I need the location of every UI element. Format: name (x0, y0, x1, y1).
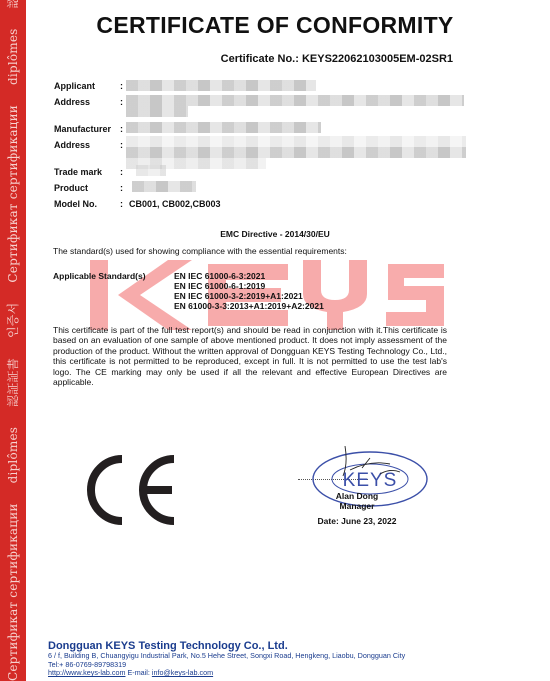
website-link[interactable]: http://www.keys-lab.com (48, 668, 126, 677)
field-label: Address (54, 97, 90, 107)
field-colon: : (120, 81, 123, 91)
standard-item: EN 61000-3-3:2013+A1:2019+A2:2021 (174, 301, 324, 311)
redacted-manufacturer-address (126, 136, 466, 147)
sidebar-multilingual-text: Сертификат сертификации diplômes 認証証書 인증… (4, 0, 22, 681)
email-label: E-mail: (128, 668, 150, 677)
signer-name: Alan Dong (292, 491, 422, 501)
redacted-applicant-address-line2 (126, 106, 188, 117)
standard-item: EN IEC 61000-3-2:2019+A1:2021 (174, 291, 324, 301)
field-label: Model No. (54, 199, 97, 209)
signature-block: KEYS Alan Dong Manager Date: June 23, 20… (292, 440, 452, 530)
sidebar-text-item: 인증서 (6, 303, 20, 338)
standard-item: EN IEC 61000-6-3:2021 (174, 271, 324, 281)
field-label: Address (54, 140, 90, 150)
sidebar-text-item: Сертификат сертификации (6, 105, 20, 283)
field-label: Product (54, 183, 88, 193)
decorative-sidebar: Сертификат сертификации diplômes 認証証書 인증… (0, 0, 26, 681)
field-label: Manufacturer (54, 124, 111, 134)
standards-list: EN IEC 61000-6-3:2021 EN IEC 61000-6-1:2… (174, 271, 324, 311)
field-colon: : (120, 167, 123, 177)
footer-links: http://www.keys-lab.com E-mail: info@key… (48, 669, 405, 678)
standard-item: EN IEC 61000-6-1:2019 (174, 281, 324, 291)
sidebar-text-item: 認証証書 (6, 358, 20, 407)
field-colon: : (120, 183, 123, 193)
field-colon: : (120, 124, 123, 134)
redacted-manufacturer-address-line2 (126, 147, 466, 158)
sidebar-text-item: diplômes (6, 427, 20, 484)
redacted-applicant (126, 80, 316, 91)
field-colon: : (120, 199, 123, 209)
footer: Dongguan KEYS Testing Technology Co., Lt… (48, 640, 405, 678)
redacted-product (132, 181, 196, 192)
directive-title: EMC Directive - 2014/30/EU (0, 229, 550, 239)
ce-mark-icon (82, 455, 177, 525)
redacted-trade-mark (136, 165, 166, 176)
sidebar-text-item: 認証証書 (6, 0, 20, 8)
certificate-number-label: Certificate No.: (221, 53, 299, 65)
signature-date: Date: June 23, 2022 (292, 516, 422, 526)
field-label: Trade mark (54, 167, 102, 177)
stamp-text: KEYS (343, 470, 398, 491)
signer: Alan Dong Manager (292, 491, 422, 511)
field-colon: : (120, 97, 123, 107)
field-value: CB001, CB002,CB003 (129, 199, 221, 209)
disclaimer-paragraph: This certificate is part of the full tes… (53, 325, 447, 387)
field-label: Applicant (54, 81, 95, 91)
signer-title: Manager (292, 501, 422, 511)
email-link[interactable]: info@keys-lab.com (152, 668, 213, 677)
standards-intro: The standard(s) used for showing complia… (53, 246, 347, 256)
certificate-title: CERTIFICATE OF CONFORMITY (0, 12, 550, 39)
field-colon: : (120, 140, 123, 150)
certificate-number: Certificate No.: KEYS22062103005EM-02SR1 (221, 53, 453, 65)
standards-label: Applicable Standard(s) (53, 271, 146, 281)
sidebar-text-item: Сертификат сертификации (6, 503, 20, 681)
redacted-manufacturer (126, 122, 321, 133)
redacted-applicant-address (126, 95, 464, 106)
certificate-number-value: KEYS22062103005EM-02SR1 (302, 53, 453, 65)
